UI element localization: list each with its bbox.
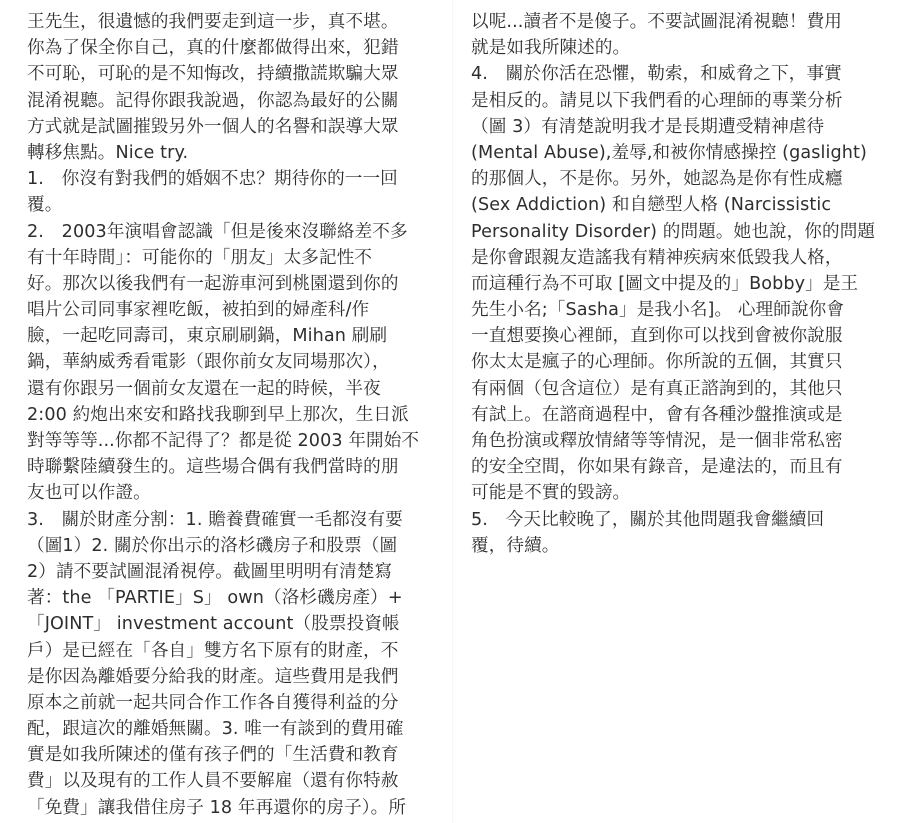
list-item-3-line: 就是如我所陳述的。 — [471, 35, 890, 61]
list-item-3-line: 原本之前就一起共同合作工作各自獲得利益的分 — [27, 690, 444, 716]
list-item-3-line: 是你因為離婚要分給我的財產。這些費用是我們 — [27, 664, 444, 690]
text-line: 轉移焦點。Nice try. — [27, 140, 444, 166]
list-item-5-line: 5. 今天比較晚了，關於其他問題我會繼續回 — [471, 507, 890, 533]
list-item-1-line: 1. 你沒有對我們的婚姻不忠？期待你的一一回 — [27, 166, 444, 192]
statement-panel-right: 以呢...讀者不是傻子。不要試圖混淆視聽！費用 就是如我所陳述的。 4. 關於你… — [452, 0, 900, 823]
list-item-5-line: 覆，待續。 — [471, 533, 890, 559]
list-item-4-line: 先生小名;「Sasha」是我小名]。 心理師說你會 — [471, 297, 890, 323]
list-item-2-line: 2:00 約炮出來安和路找我聊到早上那次，生日派 — [27, 402, 444, 428]
list-item-1-line: 覆。 — [27, 192, 444, 218]
list-item-4-line: （圖 3）有清楚說明我才是長期遭受精神虐待 — [471, 114, 890, 140]
list-item-4-line: 一直想要換心裡師，直到你可以找到會被你說服 — [471, 323, 890, 349]
list-item-3-line: 配，跟這次的離婚無關。3. 唯一有談到的費用確 — [27, 716, 444, 742]
list-item-4-line: 有兩個（包含這位）是有真正諮詢到的，其他只 — [471, 376, 890, 402]
list-item-4-line: 你太太是瘋子的心理師。你所說的五個，其實只 — [471, 349, 890, 375]
list-item-3-line: 「免費」讓我借住房子 18 年再還你的房子）。所 — [27, 795, 444, 821]
list-item-3-line: 費」以及現有的工作人員不要解雇（還有你特赦 — [27, 768, 444, 794]
text-line: 王先生，很遺憾的我們要走到這一步，真不堪。 — [27, 9, 444, 35]
list-item-3-line: 3. 關於財產分割：1. 贍養費確實一毛都沒有要 — [27, 507, 444, 533]
list-item-3-line: 以呢...讀者不是傻子。不要試圖混淆視聽！費用 — [471, 9, 890, 35]
list-item-4-line: 的安全空間，你如果有錄音，是違法的，而且有 — [471, 454, 890, 480]
list-item-4-line: 可能是不實的毀謗。 — [471, 480, 890, 506]
list-item-4-line: 而這種行為不可取 [圖文中提及的」Bobby」是王 — [471, 271, 890, 297]
list-item-2-line: 對等等等...你都不記得了？都是從 2003 年開始不 — [27, 428, 444, 454]
list-item-2-line: 唱片公司同事家裡吃飯，被拍到的婦產科/作 — [27, 297, 444, 323]
statement-panel-left: 王先生，很遺憾的我們要走到這一步，真不堪。 你為了保全你自己，真的什麼都做得出來… — [0, 0, 452, 823]
list-item-3-line: 2）請不要試圖混淆視停。截圖里明明有清楚寫 — [27, 559, 444, 585]
list-item-3-line: 著：the 「PARTIE」S」 own（洛杉磯房產）+ — [27, 585, 444, 611]
list-item-4-line: Personality Disorder) 的問題。她也說，你的問題 — [471, 219, 890, 245]
list-item-3-line: 「JOINT」 investment account（股票投資帳 — [27, 611, 444, 637]
list-item-4-line: 4. 關於你活在恐懼，勒索，和威脅之下，事實 — [471, 61, 890, 87]
list-item-4-line: 角色扮演或釋放情緒等等情況，是一個非常私密 — [471, 428, 890, 454]
list-item-4-line: 的那個人，不是你。另外，她認為是你有性成癮 — [471, 166, 890, 192]
list-item-2-line: 臉，一起吃同壽司，東京刷刷鍋，Mihan 刷刷 — [27, 323, 444, 349]
text-line: 方式就是試圖摧毀另外一個人的名譽和誤導大眾 — [27, 114, 444, 140]
list-item-4-line: 是你會跟親友造謠我有精神疾病來低毀我人格， — [471, 245, 890, 271]
list-item-2-line: 時聯繫陸續發生的。這些場合偶有我們當時的朋 — [27, 454, 444, 480]
list-item-3-line: 戶）是已經在「各自」雙方名下原有的財產，不 — [27, 638, 444, 664]
list-item-2-line: 友也可以作證。 — [27, 480, 444, 506]
list-item-2-line: 2. 2003年演唱會認識「但是後來沒聯絡差不多 — [27, 219, 444, 245]
list-item-4-line: (Sex Addiction) 和自戀型人格 (Narcissistic — [471, 192, 890, 218]
list-item-2-line: 有十年時間」：可能你的「朋友」太多記性不 — [27, 245, 444, 271]
list-item-4-line: 有試上。在諮商過程中，會有各種沙盤推演或是 — [471, 402, 890, 428]
list-item-4-line: (Mental Abuse),羞辱,和被你情感操控 (gaslight) — [471, 140, 890, 166]
list-item-2-line: 好。那次以後我們有一起游車河到桃園還到你的 — [27, 271, 444, 297]
text-line: 不可恥，可恥的是不知悔改，持續撒謊欺騙大眾 — [27, 61, 444, 87]
text-line: 混淆視聽。記得你跟我說過，你認為最好的公關 — [27, 88, 444, 114]
list-item-2-line: 還有你跟另一個前女友還在一起的時候，半夜 — [27, 376, 444, 402]
list-item-4-line: 是相反的。請見以下我們看的心理師的專業分析 — [471, 88, 890, 114]
list-item-2-line: 鍋，華納威秀看電影（跟你前女友同場那次）， — [27, 349, 444, 375]
list-item-3-line: （圖1）2. 關於你出示的洛杉磯房子和股票（圖 — [27, 533, 444, 559]
text-line: 你為了保全你自己，真的什麼都做得出來，犯錯 — [27, 35, 444, 61]
list-item-3-line: 實是如我所陳述的僅有孩子們的「生活費和教育 — [27, 742, 444, 768]
